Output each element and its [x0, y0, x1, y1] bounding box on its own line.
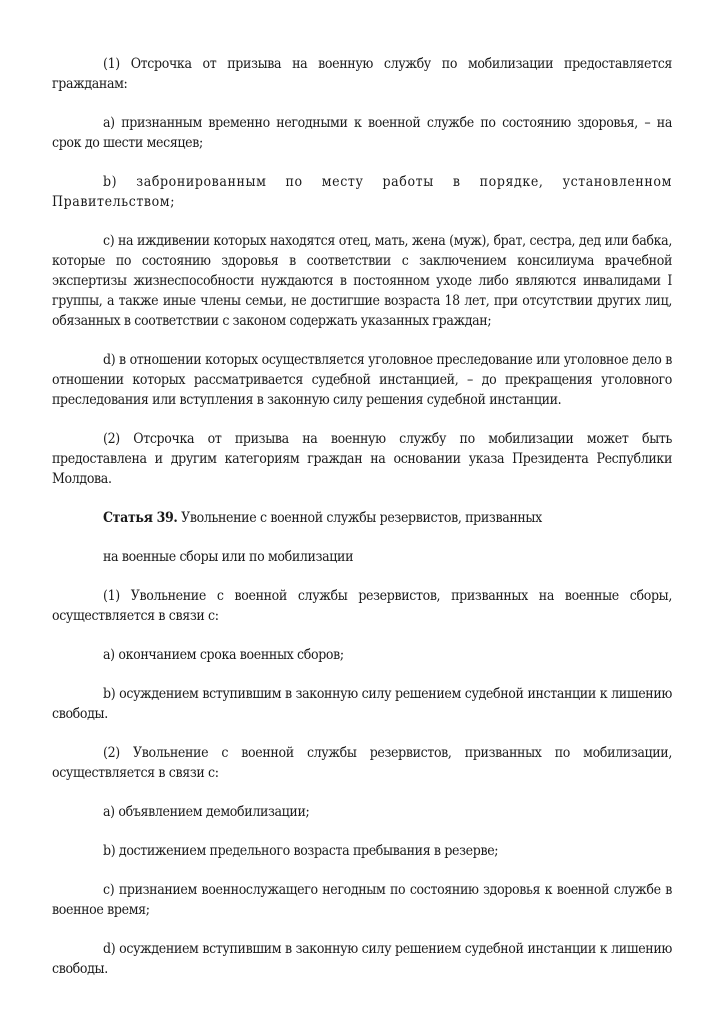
- paragraph-discharge-2: (2) Увольнение с военной службы резервис…: [52, 743, 672, 783]
- paragraph-discharge-2a: a) объявлением демобилизации;: [52, 802, 672, 822]
- paragraph-deferment-1c: c) на иждивении которых находятся отец, …: [52, 231, 672, 331]
- paragraph-discharge-2d: d) осуждением вступившим в законную силу…: [52, 939, 672, 979]
- paragraph-discharge-1a: a) окончанием срока военных сборов;: [52, 645, 672, 665]
- paragraph-discharge-1: (1) Увольнение с военной службы резервис…: [52, 586, 672, 626]
- article-title-line2: на военные сборы или по мобилизации: [52, 547, 672, 567]
- paragraph-deferment-1d: d) в отношении которых осуществляется уг…: [52, 350, 672, 410]
- paragraph-discharge-1b: b) осуждением вступившим в законную силу…: [52, 684, 672, 724]
- article-label: Статья 39.: [103, 510, 177, 526]
- paragraph-discharge-2c: c) признанием военнослужащего негодным п…: [52, 880, 672, 920]
- paragraph-deferment-1a: a) признанным временно негодными к военн…: [52, 113, 672, 153]
- document-page: (1) Отсрочка от призыва на военную служб…: [52, 54, 672, 998]
- article-heading: Статья 39. Увольнение с военной службы р…: [52, 508, 672, 528]
- paragraph-deferment-1: (1) Отсрочка от призыва на военную служб…: [52, 54, 672, 94]
- paragraph-deferment-2: (2) Отсрочка от призыва на военную служб…: [52, 429, 672, 489]
- paragraph-discharge-2b: b) достижением предельного возраста преб…: [52, 841, 672, 861]
- paragraph-deferment-1b: b) забронированным по месту работы в пор…: [52, 172, 672, 212]
- article-title-line1: Увольнение с военной службы резервистов,…: [181, 510, 542, 526]
